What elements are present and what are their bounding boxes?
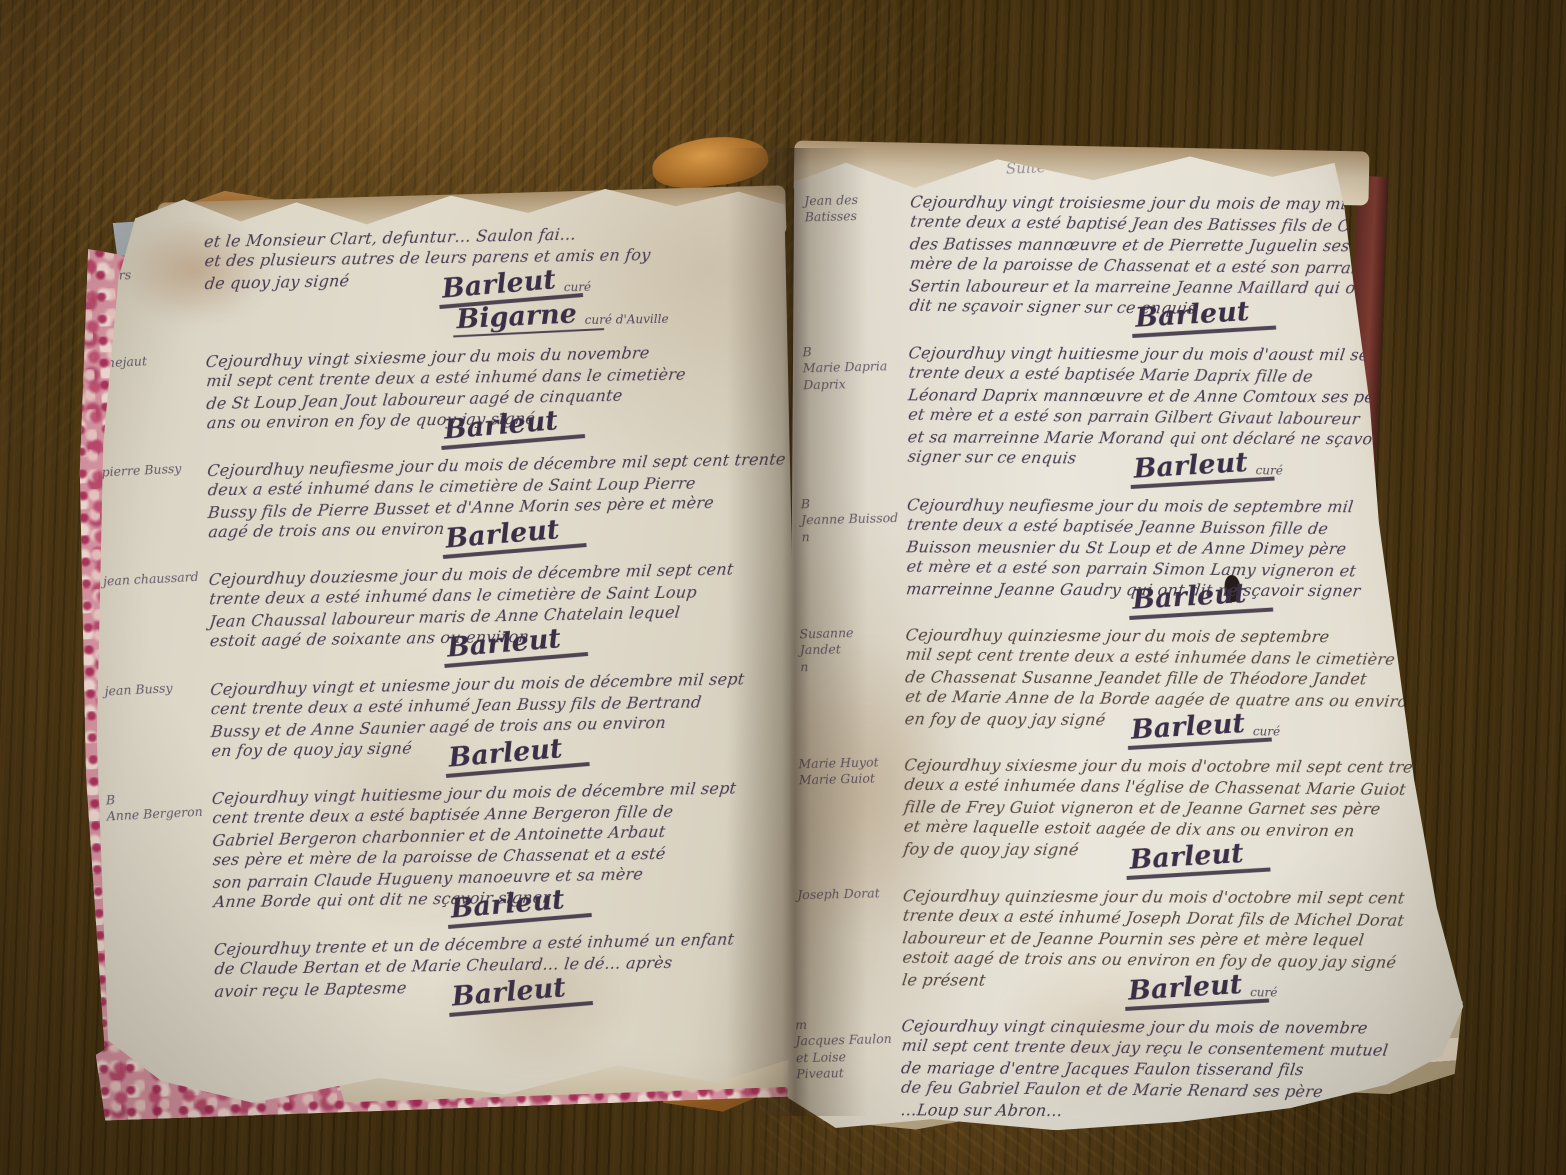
register-entry: Marie Huyot Marie Guiot Cejourdhuy sixie… xyxy=(904,753,1433,879)
margin-annotation: chejaut xyxy=(100,350,199,371)
curate-signature: Barleut xyxy=(439,405,585,450)
signature-row: Barleutcuré xyxy=(1124,973,1431,1010)
register-entry: B Anne Bergeron Cejourdhuy vingt huities… xyxy=(212,779,768,928)
signature-row: Barleutcuré xyxy=(1129,451,1436,488)
margin-annotation: B Marie Dapria Daprix xyxy=(802,342,901,393)
curate-signature: Barleut xyxy=(1126,709,1272,751)
second-signature: Bigarne xyxy=(452,299,604,338)
signature-row: Barleutcuré Bigarnecuré d'Auville xyxy=(438,267,760,336)
signature-row: Barleut xyxy=(1125,842,1432,879)
right-page-entries: Jean des Batisses Cejourdhuy vingt trois… xyxy=(901,190,1439,1125)
margin-annotation: jean chaussard xyxy=(103,569,202,590)
curate-signature: Barleut xyxy=(1127,578,1273,620)
signature-row: Barleut xyxy=(446,887,768,925)
curate-signature: Barleut xyxy=(1129,448,1275,490)
margin-annotation: B Jeanne Buissod n xyxy=(801,494,900,545)
register-entry: jean chaussard Cejourdhuy douziesme jour… xyxy=(209,560,764,667)
register-entry: Cejourdhuy trente et un de décembre a es… xyxy=(214,930,769,1016)
register-entry: chejaut Cejourdhuy vingt sixiesme jour d… xyxy=(206,341,761,448)
curate-signature: Barleut xyxy=(440,514,586,559)
margin-annotation: Joseph Dorat xyxy=(797,885,895,904)
left-page: sept de mars et le Monsieur Clart, defun… xyxy=(86,177,801,1105)
register-entry: Joseph Dorat Cejourdhuy quinziesme jour … xyxy=(902,883,1431,1009)
signature-row: Barleut xyxy=(441,517,763,555)
signature-row: Barleut xyxy=(1128,582,1435,619)
curate-signature: Barleut xyxy=(1130,297,1276,339)
register-entry: B Jeanne Buissod n Cejourdhuy neufiesme … xyxy=(906,492,1435,618)
signature-row: Barleut xyxy=(444,735,766,773)
margin-annotation: B Anne Bergeron xyxy=(106,788,205,825)
margin-annotation: pierre Bussy xyxy=(101,460,200,481)
signature-row: Barleutcuré xyxy=(1127,712,1434,749)
margin-annotation: Susanne Jandet n xyxy=(799,624,898,675)
margin-annotation: jean Bussy xyxy=(104,678,203,699)
left-page-entries: sept de mars et le Monsieur Clart, defun… xyxy=(204,222,769,1016)
curate-signature: Barleut xyxy=(443,733,589,778)
curate-signature: Barleut xyxy=(445,884,591,929)
curate-signature: Barleut xyxy=(1123,969,1269,1011)
signature-row: Barleut xyxy=(447,975,769,1013)
register-entry: pierre Bussy Cejourdhuy neufiesme jour d… xyxy=(207,451,762,558)
curate-signature: Barleut xyxy=(446,972,592,1017)
margin-annotation: Jean des Batisses xyxy=(804,191,903,226)
register-entry: jean Bussy Cejourdhuy vingt et uniesme j… xyxy=(210,669,765,776)
signature-row: Barleut xyxy=(443,626,765,664)
curate-signature: Barleut xyxy=(1125,839,1271,881)
margin-annotation: m Jacques Faulon et Loise Piveaut xyxy=(795,1015,895,1082)
register-entry: Susanne Jandet n Cejourdhuy quinziesme j… xyxy=(905,623,1434,749)
register-entry: B Marie Dapria Daprix Cejourdhuy vingt h… xyxy=(908,341,1437,488)
photo-scene: sept de mars et le Monsieur Clart, defun… xyxy=(0,0,1566,1175)
signature-row: Barleut xyxy=(1131,300,1438,337)
margin-annotation: Marie Huyot Marie Guiot xyxy=(798,754,897,789)
register-entry: sept de mars et le Monsieur Clart, defun… xyxy=(204,222,759,339)
curate-signature: Barleut xyxy=(442,623,588,668)
signature-row: Barleut xyxy=(439,407,761,445)
